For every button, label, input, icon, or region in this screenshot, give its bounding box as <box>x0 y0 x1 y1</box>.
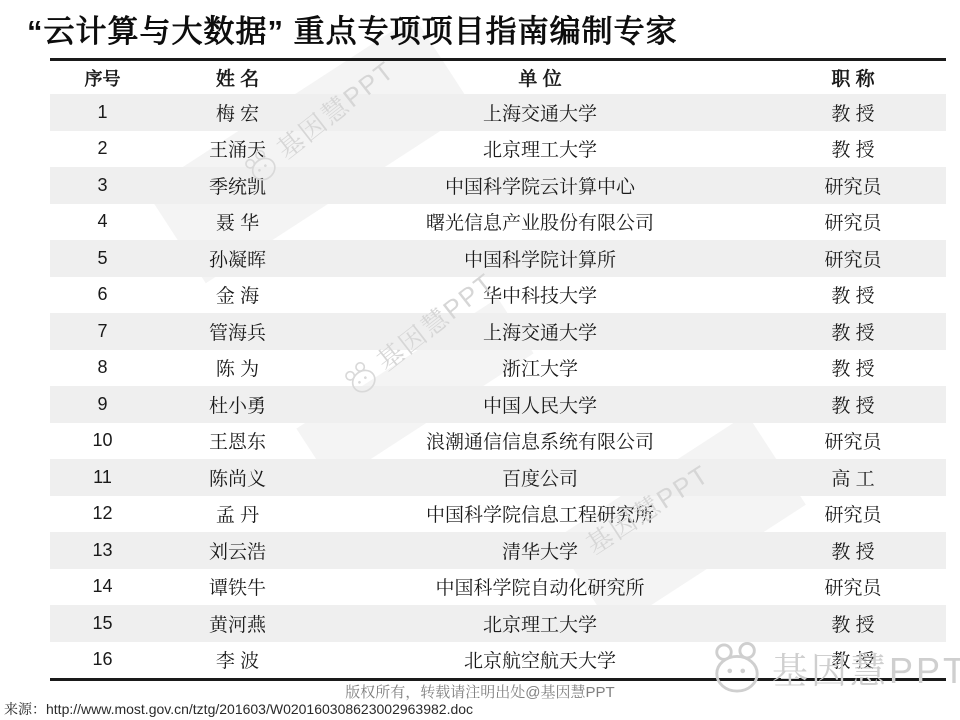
cell-title: 研究员 <box>760 427 946 454</box>
cell-org: 华中科技大学 <box>320 281 760 308</box>
cell-org: 北京理工大学 <box>320 610 760 637</box>
cell-no: 15 <box>50 613 155 634</box>
cell-no: 6 <box>50 284 155 305</box>
cell-title: 研究员 <box>760 573 946 600</box>
page-title: “云计算与大数据” 重点专项项目指南编制专家 <box>27 6 678 51</box>
cell-name: 陈 为 <box>155 354 320 381</box>
cell-org: 中国科学院自动化研究所 <box>320 573 760 600</box>
cell-title: 教 授 <box>760 99 946 126</box>
cell-org: 上海交通大学 <box>320 99 760 126</box>
cell-title: 教 授 <box>760 281 946 308</box>
table-row: 7 管海兵 上海交通大学 教 授 <box>50 313 946 350</box>
cell-org: 百度公司 <box>320 464 760 491</box>
header-title: 职 称 <box>760 64 946 91</box>
cell-org: 浪潮通信信息系统有限公司 <box>320 427 760 454</box>
table-row: 3 季统凯 中国科学院云计算中心 研究员 <box>50 167 946 204</box>
cell-title: 研究员 <box>760 500 946 527</box>
cell-org: 中国科学院计算所 <box>320 245 760 272</box>
cell-org: 清华大学 <box>320 537 760 564</box>
cell-org: 上海交通大学 <box>320 318 760 345</box>
cell-name: 聂 华 <box>155 208 320 235</box>
cell-title: 教 授 <box>760 646 946 673</box>
slide: { "title": "“云计算与大数据” 重点专项项目指南编制专家", "ta… <box>0 0 960 720</box>
table-row: 16 李 波 北京航空航天大学 教 授 <box>50 642 946 679</box>
cell-no: 14 <box>50 576 155 597</box>
cell-name: 李 波 <box>155 646 320 673</box>
cell-title: 研究员 <box>760 245 946 272</box>
cell-org: 浙江大学 <box>320 354 760 381</box>
cell-no: 16 <box>50 649 155 670</box>
cell-name: 梅 宏 <box>155 99 320 126</box>
header-no: 序号 <box>50 65 155 91</box>
table-row: 9 杜小勇 中国人民大学 教 授 <box>50 386 946 423</box>
expert-table: 序号 姓 名 单 位 职 称 1 梅 宏 上海交通大学 教 授 2 王涌天 北京… <box>50 58 946 681</box>
cell-no: 7 <box>50 321 155 342</box>
cell-name: 陈尚义 <box>155 464 320 491</box>
cell-title: 教 授 <box>760 391 946 418</box>
cell-org: 北京航空航天大学 <box>320 646 760 673</box>
cell-name: 王恩东 <box>155 427 320 454</box>
cell-no: 4 <box>50 211 155 232</box>
table-row: 10 王恩东 浪潮通信信息系统有限公司 研究员 <box>50 423 946 460</box>
cell-title: 高 工 <box>760 464 946 491</box>
cell-title: 教 授 <box>760 354 946 381</box>
cell-no: 13 <box>50 540 155 561</box>
cell-name: 季统凯 <box>155 172 320 199</box>
table-row: 6 金 海 华中科技大学 教 授 <box>50 277 946 314</box>
cell-org: 中国科学院信息工程研究所 <box>320 500 760 527</box>
table-header-row: 序号 姓 名 单 位 职 称 <box>50 61 946 94</box>
table-row: 4 聂 华 曙光信息产业股份有限公司 研究员 <box>50 204 946 241</box>
table-row: 14 谭铁牛 中国科学院自动化研究所 研究员 <box>50 569 946 606</box>
cell-name: 王涌天 <box>155 135 320 162</box>
cell-name: 金 海 <box>155 281 320 308</box>
cell-name: 孙凝晖 <box>155 245 320 272</box>
table-row: 13 刘云浩 清华大学 教 授 <box>50 532 946 569</box>
cell-no: 3 <box>50 175 155 196</box>
cell-name: 刘云浩 <box>155 537 320 564</box>
cell-no: 2 <box>50 138 155 159</box>
table-row: 5 孙凝晖 中国科学院计算所 研究员 <box>50 240 946 277</box>
cell-org: 中国科学院云计算中心 <box>320 172 760 199</box>
cell-name: 谭铁牛 <box>155 573 320 600</box>
header-org: 单 位 <box>320 64 760 91</box>
table-row: 12 孟 丹 中国科学院信息工程研究所 研究员 <box>50 496 946 533</box>
header-name: 姓 名 <box>155 64 320 91</box>
expert-table-rows: 1 梅 宏 上海交通大学 教 授 2 王涌天 北京理工大学 教 授 3 季统凯 … <box>50 94 946 678</box>
cell-title: 教 授 <box>760 537 946 564</box>
cell-no: 12 <box>50 503 155 524</box>
cell-name: 孟 丹 <box>155 500 320 527</box>
table-row: 15 黄河燕 北京理工大学 教 授 <box>50 605 946 642</box>
source-label: 来源： <box>4 701 46 717</box>
cell-title: 教 授 <box>760 135 946 162</box>
cell-no: 9 <box>50 394 155 415</box>
cell-title: 研究员 <box>760 208 946 235</box>
cell-name: 管海兵 <box>155 318 320 345</box>
table-row: 1 梅 宏 上海交通大学 教 授 <box>50 94 946 131</box>
table-row: 11 陈尚义 百度公司 高 工 <box>50 459 946 496</box>
cell-title: 研究员 <box>760 172 946 199</box>
table-row: 8 陈 为 浙江大学 教 授 <box>50 350 946 387</box>
cell-no: 10 <box>50 430 155 451</box>
cell-no: 8 <box>50 357 155 378</box>
cell-name: 杜小勇 <box>155 391 320 418</box>
cell-name: 黄河燕 <box>155 610 320 637</box>
cell-title: 教 授 <box>760 318 946 345</box>
cell-title: 教 授 <box>760 610 946 637</box>
cell-no: 11 <box>50 467 155 488</box>
source-line: 来源：http://www.most.gov.cn/tztg/201603/W0… <box>4 699 473 719</box>
cell-org: 曙光信息产业股份有限公司 <box>320 208 760 235</box>
cell-no: 1 <box>50 102 155 123</box>
cell-no: 5 <box>50 248 155 269</box>
cell-org: 中国人民大学 <box>320 391 760 418</box>
source-url: http://www.most.gov.cn/tztg/201603/W0201… <box>46 701 473 717</box>
cell-org: 北京理工大学 <box>320 135 760 162</box>
table-row: 2 王涌天 北京理工大学 教 授 <box>50 131 946 168</box>
